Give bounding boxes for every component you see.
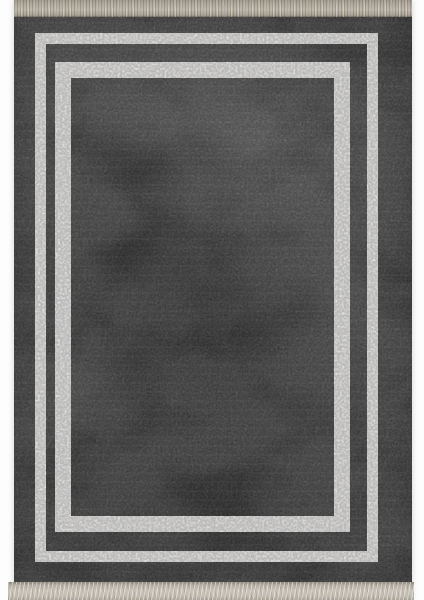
product-photo bbox=[0, 0, 424, 600]
rug-center-field bbox=[71, 78, 334, 516]
rug bbox=[14, 0, 412, 600]
bottom-fringe bbox=[8, 582, 414, 600]
top-fringe bbox=[14, 0, 412, 17]
